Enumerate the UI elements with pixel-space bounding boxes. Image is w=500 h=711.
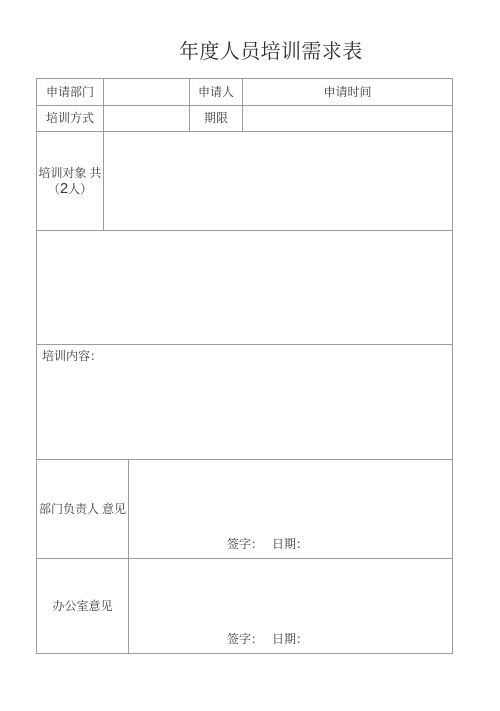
dept-head-opinion-cell: 签字： 日期： — [129, 460, 453, 559]
training-target-label-line2: （2人） — [48, 181, 92, 197]
training-content-cell: 培训内容： — [37, 345, 453, 460]
training-target-label: 培训对象 共 （2人） — [37, 132, 104, 231]
applicant-label: 申请人 — [190, 79, 243, 106]
term-label: 期限 — [190, 106, 243, 132]
training-target-count: 2 — [60, 180, 68, 197]
signature-label: 签字： — [227, 632, 263, 647]
blank-cell — [37, 231, 453, 345]
table-row: 办公室意见 签字： 日期： — [37, 559, 453, 654]
training-method-label: 培训方式 — [37, 106, 104, 132]
apply-department-field — [104, 79, 190, 106]
table-row: 申请部门 申请人 申请时间 — [37, 79, 453, 106]
training-target-label-line1: 培训对象 共 — [38, 165, 101, 181]
date-label: 日期： — [272, 632, 308, 647]
document-page: 年度人员培训需求表 申请部门 申请人 申请时间 培训方式 期限 培训对象 共 （… — [0, 0, 500, 711]
signature-line: 签字： 日期： — [227, 632, 308, 647]
table-row: 培训方式 期限 — [37, 106, 453, 132]
office-opinion-label: 办公室意见 — [37, 559, 129, 654]
signature-label: 签字： — [227, 537, 263, 552]
office-opinion-cell: 签字： 日期： — [129, 559, 453, 654]
apply-time-label: 申请时间 — [243, 79, 453, 106]
signature-line: 签字： 日期： — [227, 537, 308, 552]
training-request-form-table: 申请部门 申请人 申请时间 培训方式 期限 培训对象 共 （2人） — [36, 78, 453, 654]
training-method-field — [104, 106, 190, 132]
date-label: 日期： — [272, 537, 308, 552]
table-row: 部门负责人 意见 签字： 日期： — [37, 460, 453, 559]
table-row: 培训对象 共 （2人） — [37, 132, 453, 231]
page-title: 年度人员培训需求表 — [179, 41, 363, 63]
dept-head-opinion-label: 部门负责人 意见 — [37, 460, 129, 559]
training-content-label: 培训内容： — [42, 349, 102, 363]
table-row — [37, 231, 453, 345]
table-row: 培训内容： — [37, 345, 453, 460]
apply-department-label: 申请部门 — [37, 79, 104, 106]
term-field — [243, 106, 453, 132]
training-target-field — [104, 132, 453, 231]
